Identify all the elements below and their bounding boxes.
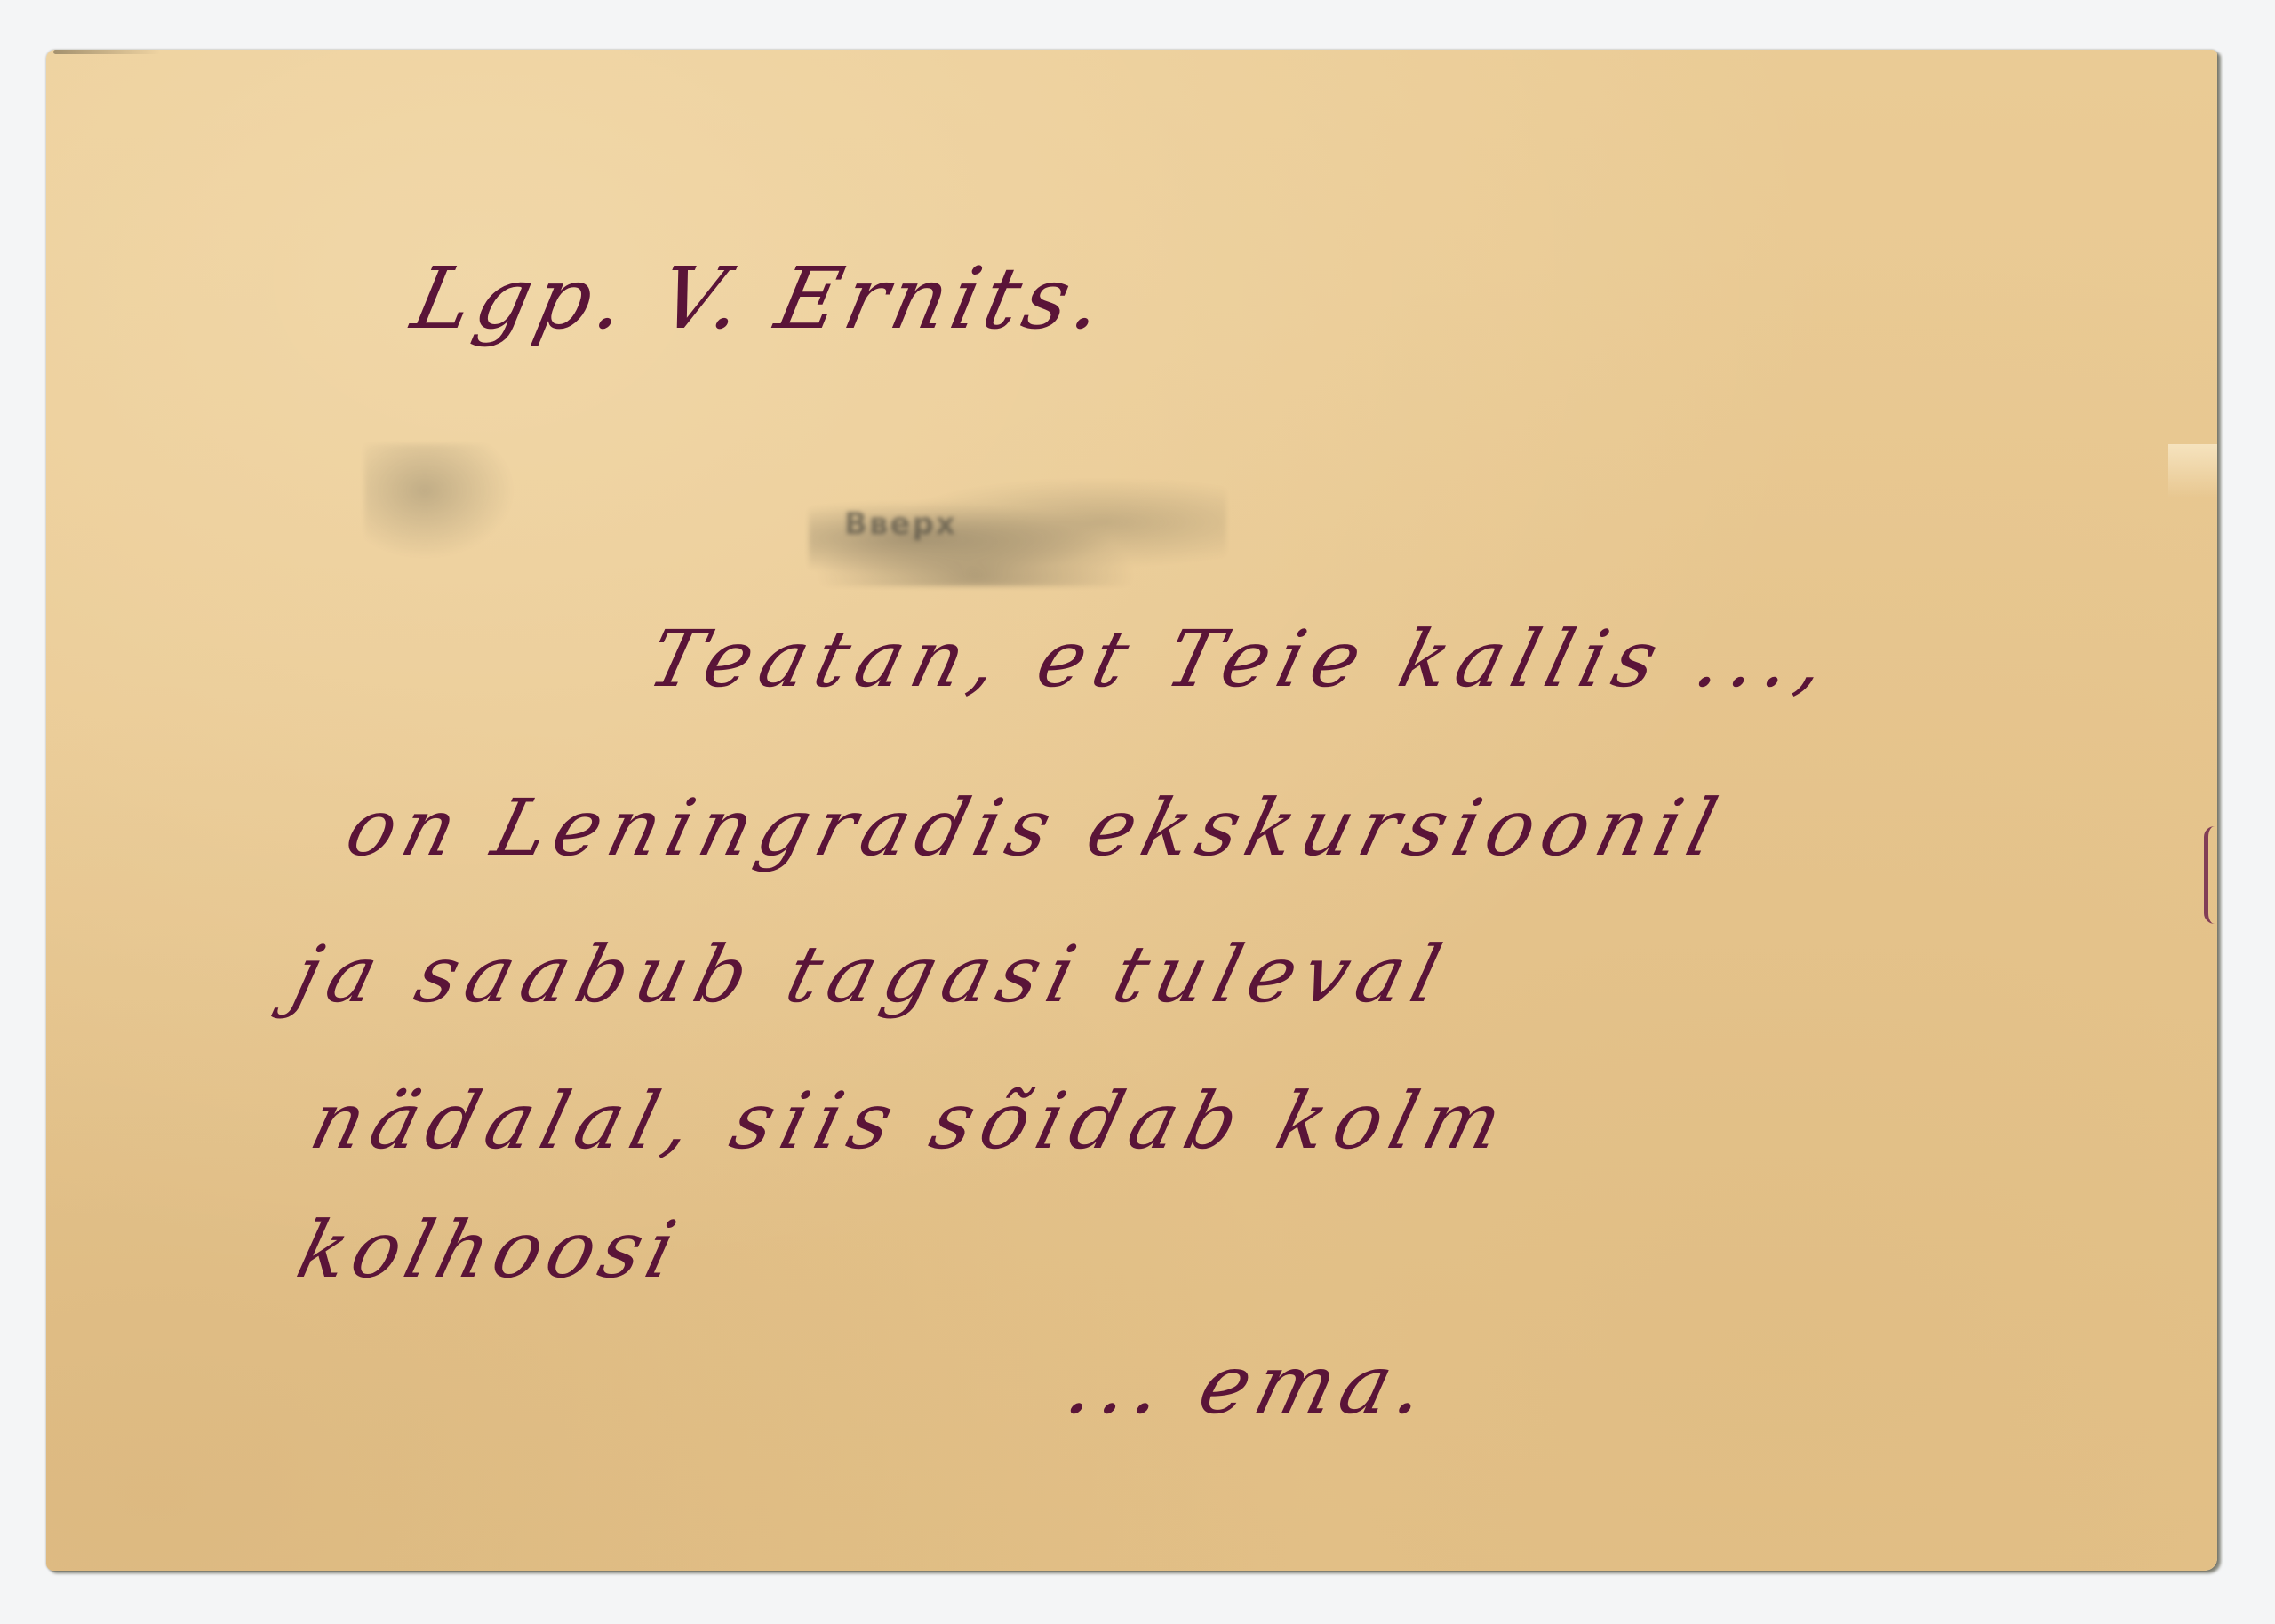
body-line-5: kolhoosi bbox=[289, 1204, 690, 1295]
body-line-3: ja saabub tagasi tuleval bbox=[284, 928, 1458, 1020]
edge-tear bbox=[2168, 444, 2217, 498]
stamp-text: Вверх bbox=[844, 506, 957, 542]
body-line-1: Teatan, et Teie kallis ..., bbox=[640, 613, 1844, 705]
body-line-2: on Leningradis ekskursioonil bbox=[338, 782, 1734, 873]
worn-edge bbox=[53, 50, 160, 54]
margin-ink-mark bbox=[2204, 826, 2223, 924]
body-line-4: nädalal, siis sõidab kolm bbox=[302, 1075, 1520, 1166]
salutation: Lgp. V. Ernits. bbox=[404, 249, 1117, 348]
signature: ... ema. bbox=[1058, 1337, 1442, 1432]
faint-stamp-left bbox=[364, 444, 515, 560]
